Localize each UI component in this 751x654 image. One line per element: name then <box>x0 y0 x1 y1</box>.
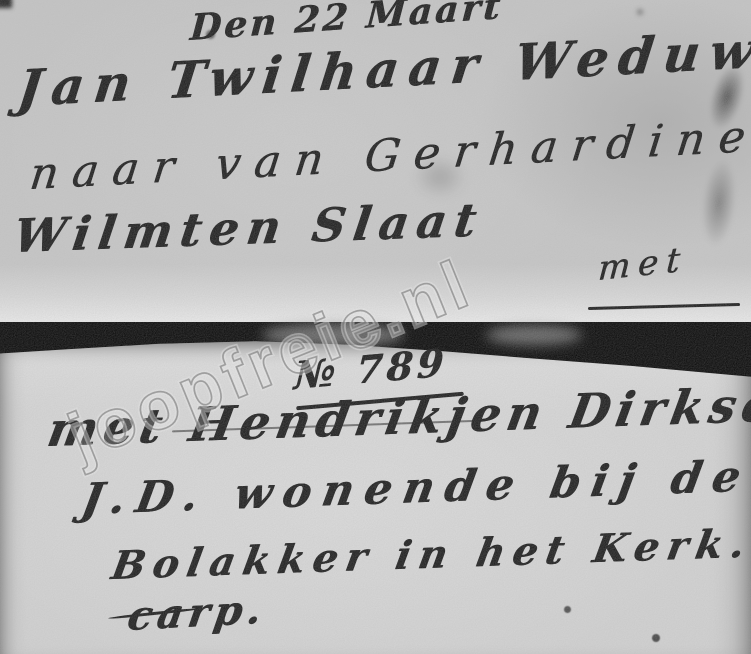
ink-speck <box>652 634 660 642</box>
ink-speck <box>634 6 646 18</box>
handwriting-parish-abbrev: carp. <box>124 587 269 641</box>
handwriting-widower-line: naar van Gerhardine <box>27 112 751 201</box>
separator-gap <box>486 325 582 345</box>
bottom-scan: № 789 met Hendrikjen Dirksen J.D. wonend… <box>0 322 751 654</box>
scanned-marriage-record: Den 22 Maart Jan Twilhaar Weduwe naar va… <box>0 0 751 654</box>
corner-stain <box>0 0 12 8</box>
handwriting-met-word: met <box>597 240 689 289</box>
met-underline-stroke <box>588 303 740 310</box>
top-scan-paper: Den 22 Maart Jan Twilhaar Weduwe naar va… <box>0 0 751 322</box>
separator-gap <box>262 323 404 347</box>
ink-speck <box>564 606 571 613</box>
handwriting-late-wife-name: Wilmten Slaat <box>10 193 487 263</box>
